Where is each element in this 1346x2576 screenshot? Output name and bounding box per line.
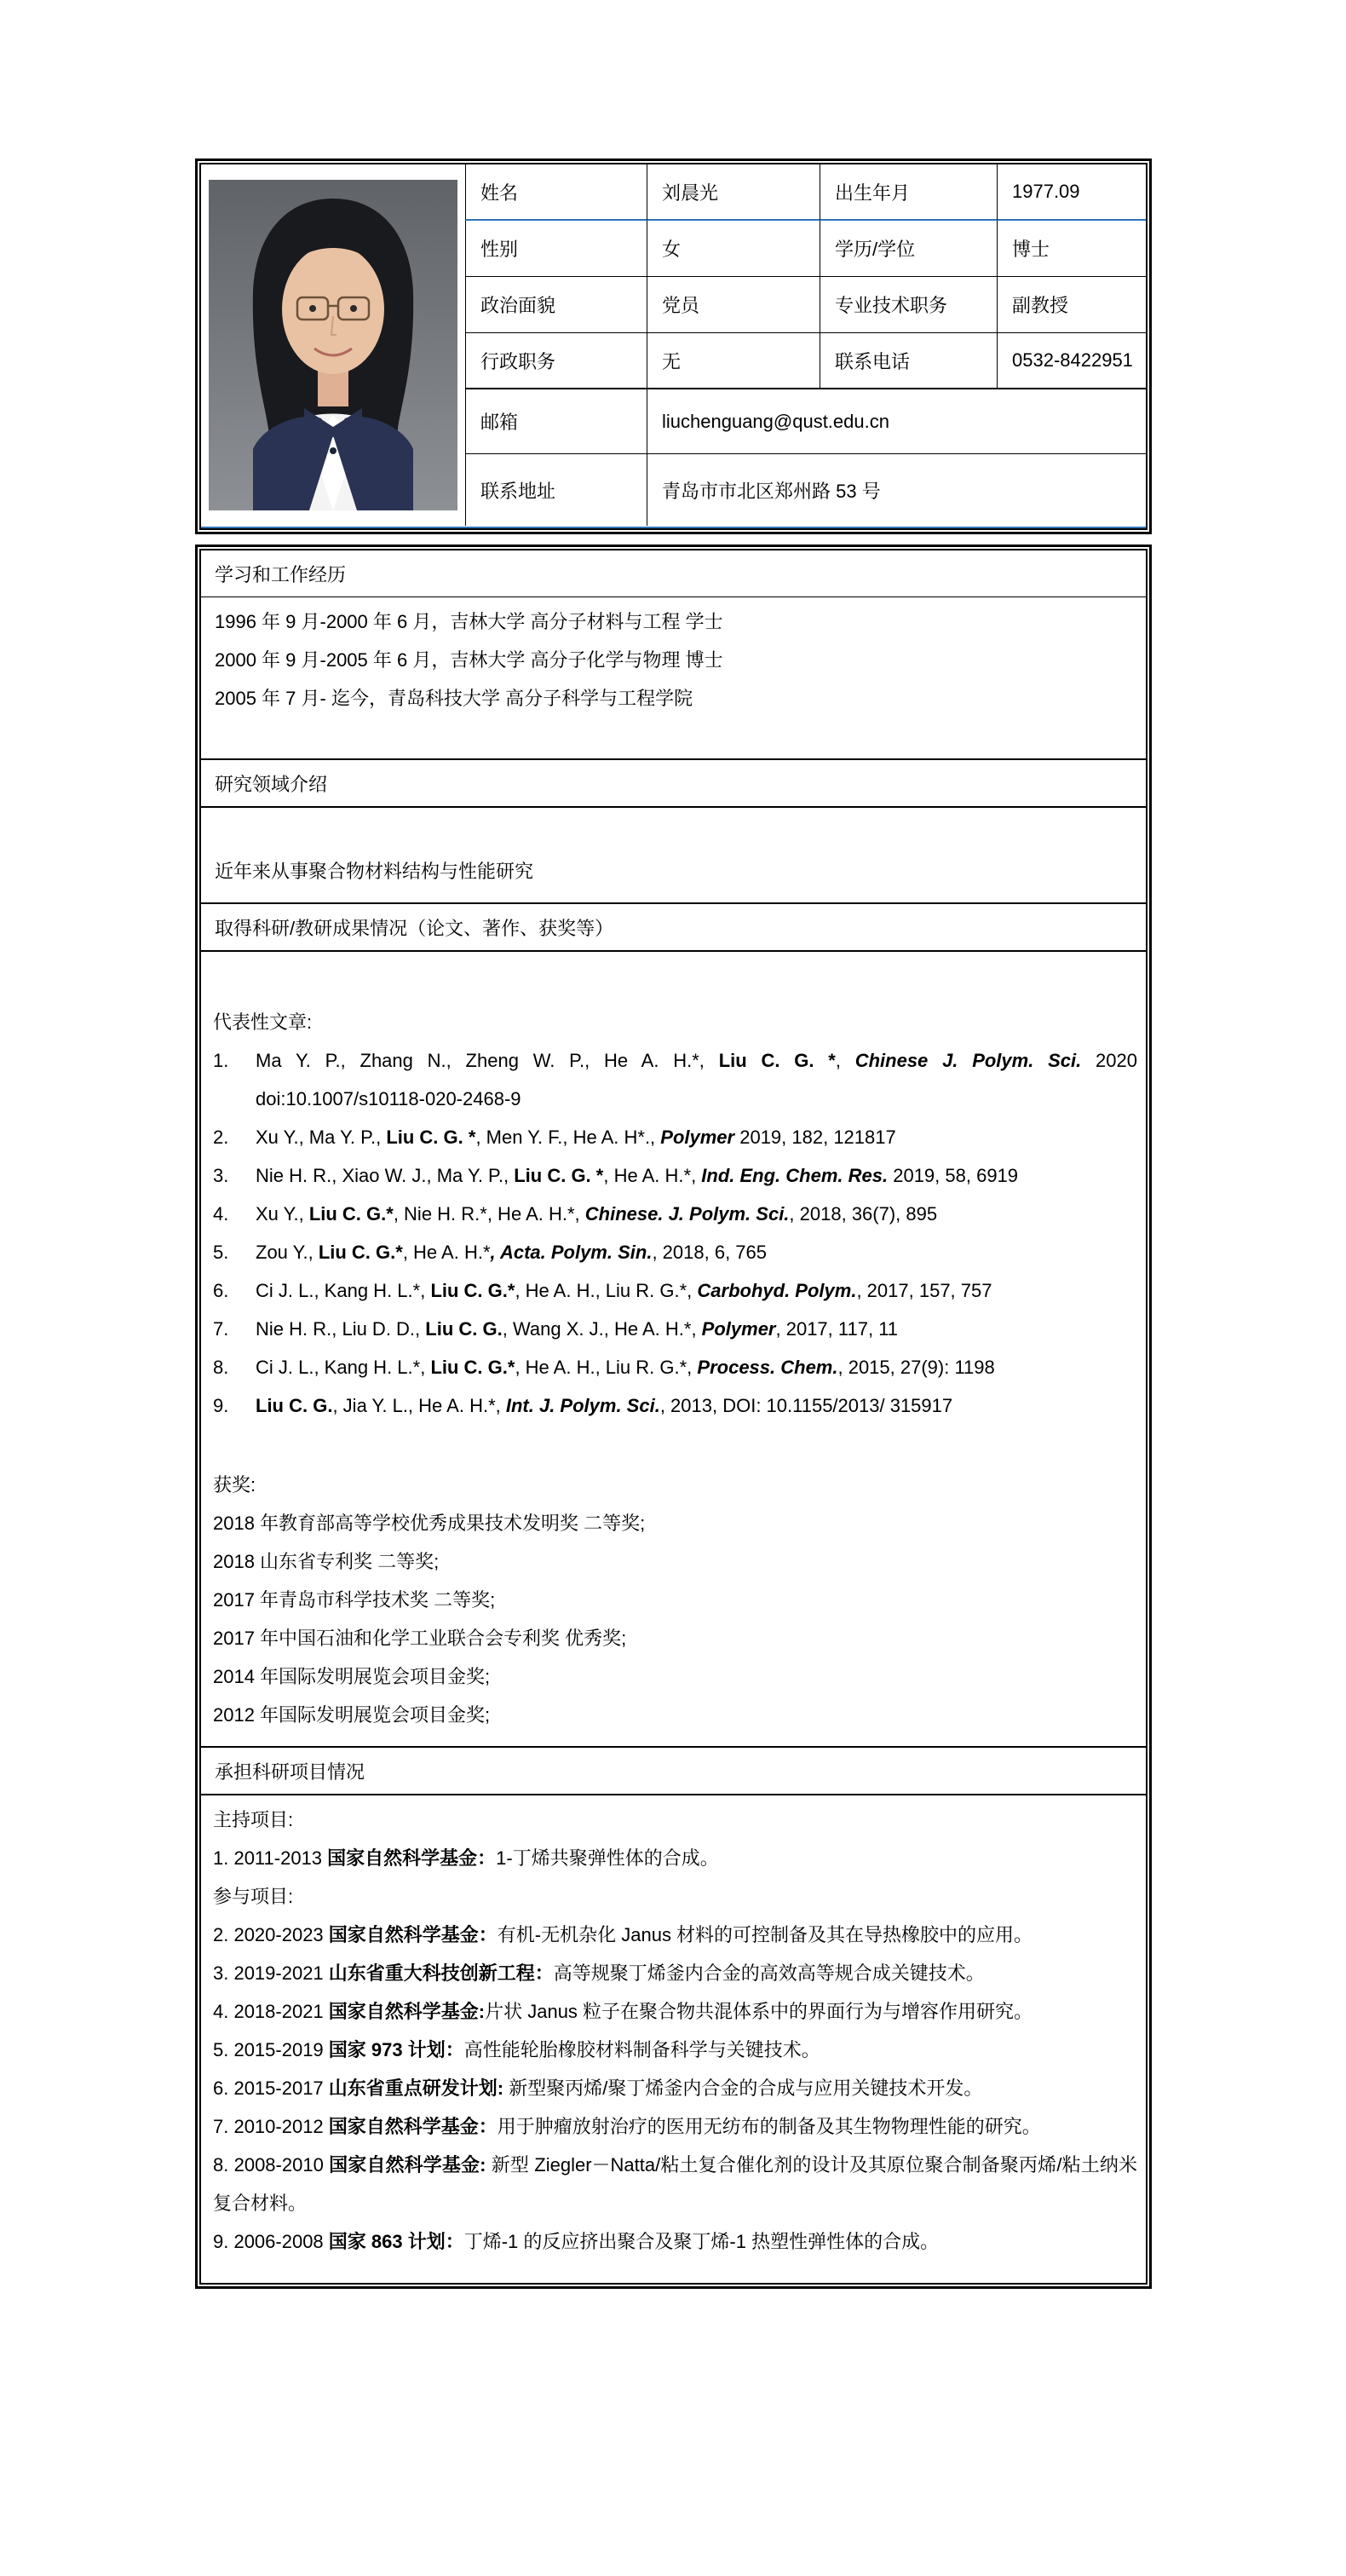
publication-item: 1. Ma Y. P., Zhang N., Zheng W. P., He A…	[213, 1041, 1137, 1118]
value-text: 1977.09	[1012, 181, 1080, 203]
label-text: 学历/学位	[835, 235, 915, 262]
section-header-projects: 承担科研项目情况	[201, 1748, 1146, 1795]
section-header-experience: 学习和工作经历	[201, 550, 1146, 597]
field-value-title: 副教授	[997, 277, 1146, 333]
publication-text: Ci J. L., Kang H. L.*, Liu C. G.*, He A.…	[256, 1271, 1137, 1310]
project-item: 8. 2008-2010 国家自然科学基金: 新型 Ziegler－Natta/…	[213, 2146, 1137, 2222]
label-text: 联系电话	[835, 348, 910, 374]
value-text: 博士	[1012, 235, 1050, 262]
award-line: 2012 年国际发明展览会项目金奖;	[213, 1696, 1137, 1734]
field-label-name: 姓名	[465, 164, 647, 221]
publication-item: 8. Ci J. L., Kang H. L.*, Liu C. G.*, He…	[213, 1348, 1137, 1386]
section-title: 取得科研/教研成果情况（论文、著作、获奖等）	[215, 918, 613, 939]
projects-lead-heading: 主持项目:	[213, 1801, 1137, 1839]
value-text: 副教授	[1012, 291, 1068, 318]
value-text: 0532-8422951	[1012, 349, 1133, 372]
label-text: 政治面貌	[480, 291, 555, 318]
publication-item: 6. Ci J. L., Kang H. L.*, Liu C. G.*, He…	[213, 1271, 1137, 1310]
blue-accent-line	[201, 527, 1146, 528]
section-title: 承担科研项目情况	[215, 1761, 365, 1783]
project-item: 6. 2015-2017 山东省重点研发计划: 新型聚丙烯/聚丁烯釜内合金的合成…	[213, 2069, 1137, 2107]
publication-number: 4.	[213, 1195, 256, 1233]
project-item: 7. 2010-2012 国家自然科学基金：用于肿瘤放射治疗的医用无纺布的制备及…	[213, 2107, 1137, 2146]
label-text: 出生年月	[835, 179, 910, 205]
field-value-birth: 1977.09	[997, 164, 1146, 221]
publication-number: 5.	[213, 1233, 256, 1271]
publication-item: 4. Xu Y., Liu C. G.*, Nie H. R.*, He A. …	[213, 1195, 1137, 1233]
experience-line: 2000 年 9 月-2005 年 6 月，吉林大学 高分子化学与物理 博士	[215, 641, 1132, 679]
project-item: 3. 2019-2021 山东省重大科技创新工程：高等规聚丁烯釜内合金的高效高等…	[213, 1954, 1137, 1992]
publication-text: Ma Y. P., Zhang N., Zheng W. P., He A. H…	[256, 1041, 1137, 1118]
label-text: 专业技术职务	[835, 291, 947, 318]
field-label-gender: 性别	[465, 221, 647, 277]
publication-text: Liu C. G., Jia Y. L., He A. H.*, Int. J.…	[256, 1386, 1137, 1425]
section-content-achievements: 代表性文章: 1. Ma Y. P., Zhang N., Zheng W. P…	[201, 952, 1146, 1748]
award-line: 2018 年教育部高等学校优秀成果技术发明奖 二等奖;	[213, 1504, 1137, 1542]
section-title: 学习和工作经历	[215, 564, 346, 585]
research-text: 近年来从事聚合物材料结构与性能研究	[215, 852, 1132, 890]
label-text: 姓名	[480, 179, 518, 205]
value-text: 刘晨光	[662, 179, 718, 205]
publication-number: 9.	[213, 1386, 256, 1425]
project-item: 5. 2015-2019 国家 973 计划：高性能轮胎橡胶材料制备科学与关键技…	[213, 2031, 1137, 2069]
publication-number: 1.	[213, 1041, 256, 1118]
publication-text: Xu Y., Ma Y. P., Liu C. G. *, Men Y. F.,…	[256, 1118, 1137, 1156]
section-header-achievements: 取得科研/教研成果情况（论文、著作、获奖等）	[201, 904, 1146, 952]
project-item: 9. 2006-2008 国家 863 计划：丁烯-1 的反应挤出聚合及聚丁烯-…	[213, 2222, 1137, 2261]
field-label-address: 联系地址	[465, 454, 647, 526]
award-line: 2017 年中国石油和化学工业联合会专利奖 优秀奖;	[213, 1619, 1137, 1657]
label-text: 联系地址	[480, 477, 555, 504]
field-label-email: 邮箱	[465, 389, 647, 454]
section-header-research: 研究领域介绍	[201, 760, 1146, 808]
email-text: liuchenguang@qust.edu.cn	[662, 411, 889, 433]
projects-participate-heading: 参与项目:	[213, 1877, 1137, 1916]
publication-number: 2.	[213, 1118, 256, 1156]
field-label-phone: 联系电话	[820, 333, 997, 389]
publication-item: 9. Liu C. G., Jia Y. L., He A. H.*, Int.…	[213, 1386, 1137, 1425]
field-label-degree: 学历/学位	[820, 221, 997, 277]
field-label-political: 政治面貌	[465, 277, 647, 333]
publication-text: Xu Y., Liu C. G.*, Nie H. R.*, He A. H.*…	[256, 1195, 1137, 1233]
award-line: 2018 山东省专利奖 二等奖;	[213, 1542, 1137, 1581]
label-text: 行政职务	[480, 348, 555, 374]
project-item: 4. 2018-2021 国家自然科学基金:片状 Janus 粒子在聚合物共混体…	[213, 1992, 1137, 2031]
section-content-research: 近年来从事聚合物材料结构与性能研究	[201, 808, 1146, 904]
publication-number: 6.	[213, 1271, 256, 1310]
publication-number: 8.	[213, 1348, 256, 1386]
publication-number: 7.	[213, 1310, 256, 1348]
publication-text: Zou Y., Liu C. G.*, He A. H.*, Acta. Pol…	[256, 1233, 1137, 1271]
publication-text: Nie H. R., Xiao W. J., Ma Y. P., Liu C. …	[256, 1156, 1137, 1195]
publication-item: 5. Zou Y., Liu C. G.*, He A. H.*, Acta. …	[213, 1233, 1137, 1271]
awards-heading: 获奖:	[213, 1466, 1137, 1504]
publication-item: 2. Xu Y., Ma Y. P., Liu C. G. *, Men Y. …	[213, 1118, 1137, 1156]
publications-heading: 代表性文章:	[213, 1003, 1137, 1041]
photo-cell	[201, 164, 465, 526]
section-content-projects: 主持项目: 1. 2011-2013 国家自然科学基金：1-丁烯共聚弹性体的合成…	[201, 1795, 1146, 2283]
publication-item: 7. Nie H. R., Liu D. D., Liu C. G., Wang…	[213, 1310, 1137, 1348]
field-value-admin: 无	[647, 333, 820, 389]
section-content-experience: 1996 年 9 月-2000 年 6 月，吉林大学 高分子材料与工程 学士 2…	[201, 597, 1146, 760]
resume-table: 学习和工作经历 1996 年 9 月-2000 年 6 月，吉林大学 高分子材料…	[195, 545, 1152, 2289]
value-text: 党员	[662, 291, 699, 318]
award-line: 2017 年青岛市科学技术奖 二等奖;	[213, 1581, 1137, 1619]
portrait-photo	[209, 180, 457, 510]
field-value-phone: 0532-8422951	[997, 333, 1146, 389]
value-text: 无	[662, 348, 681, 374]
label-text: 邮箱	[480, 408, 518, 435]
experience-line: 1996 年 9 月-2000 年 6 月，吉林大学 高分子材料与工程 学士	[215, 602, 1132, 641]
project-item: 2. 2020-2023 国家自然科学基金：有机-无机杂化 Janus 材料的可…	[213, 1916, 1137, 1954]
field-value-email: liuchenguang@qust.edu.cn	[647, 389, 1146, 454]
field-label-admin: 行政职务	[465, 333, 647, 389]
publication-number: 3.	[213, 1156, 256, 1195]
publication-text: Ci J. L., Kang H. L.*, Liu C. G.*, He A.…	[256, 1348, 1137, 1386]
field-value-address: 青岛市市北区郑州路 53 号	[647, 454, 1146, 526]
field-label-title: 专业技术职务	[820, 277, 997, 333]
field-value-gender: 女	[647, 221, 820, 277]
faculty-profile-page: 姓名 刘晨光 出生年月 1977.09 性别 女 学历/学位 博士 政治面貌 党…	[195, 158, 1152, 2289]
award-line: 2014 年国际发明展览会项目金奖;	[213, 1657, 1137, 1696]
field-value-name: 刘晨光	[647, 164, 820, 221]
field-value-political: 党员	[647, 277, 820, 333]
field-label-birth: 出生年月	[820, 164, 997, 221]
publication-text: Nie H. R., Liu D. D., Liu C. G., Wang X.…	[256, 1310, 1137, 1348]
personal-info-table: 姓名 刘晨光 出生年月 1977.09 性别 女 学历/学位 博士 政治面貌 党…	[195, 158, 1152, 534]
section-title: 研究领域介绍	[215, 774, 327, 795]
publication-item: 3. Nie H. R., Xiao W. J., Ma Y. P., Liu …	[213, 1156, 1137, 1195]
experience-line: 2005 年 7 月- 迄今，青岛科技大学 高分子科学与工程学院	[215, 679, 1132, 717]
address-text: 青岛市市北区郑州路 53 号	[662, 477, 881, 504]
value-text: 女	[662, 235, 681, 262]
project-item: 1. 2011-2013 国家自然科学基金：1-丁烯共聚弹性体的合成。	[213, 1839, 1137, 1877]
field-value-degree: 博士	[997, 221, 1146, 277]
label-text: 性别	[480, 235, 518, 262]
